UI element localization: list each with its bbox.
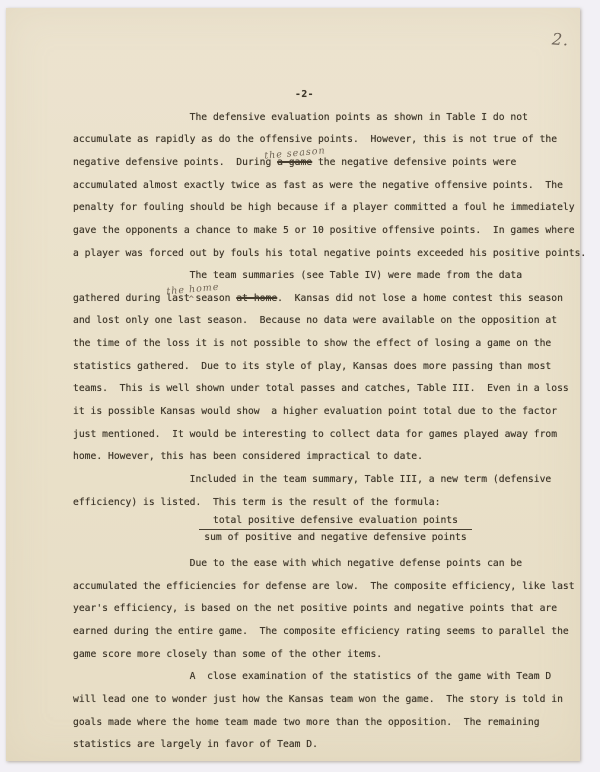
typed-line: year's efficiency, is based on the net p… xyxy=(73,598,580,621)
typed-line: the time of the loss it is not possible … xyxy=(73,333,580,356)
paragraph: The team summaries (see Table IV) were m… xyxy=(73,265,580,469)
typed-text: and lost only one last season. Because n… xyxy=(73,315,557,326)
typed-text: will lead one to wonder just how the Kan… xyxy=(73,694,563,705)
typed-line: gathered during last the homeseason at h… xyxy=(73,288,580,311)
typed-line: penalty for fouling should be high becau… xyxy=(73,197,580,220)
typed-line: Due to the ease with which negative defe… xyxy=(73,553,580,576)
typed-line: home. However, this has been considered … xyxy=(73,446,580,469)
typed-text: The defensive evaluation points as shown… xyxy=(73,112,528,123)
typed-text: the time of the loss it is not possible … xyxy=(73,338,551,349)
typed-text: efficiency) is listed. This term is the … xyxy=(73,497,440,508)
typed-line: statistics are largely in favor of Team … xyxy=(73,734,580,757)
typed-text: Due to the ease with which negative defe… xyxy=(73,558,522,569)
page-header: -2- xyxy=(295,84,580,107)
typed-line: A close examination of the statistics of… xyxy=(73,666,580,689)
paragraph: Included in the team summary, Table III,… xyxy=(73,469,580,514)
typed-text: negative defensive points. During xyxy=(73,157,277,168)
typed-line: teams. This is well shown under total pa… xyxy=(73,378,580,401)
typed-text: goals made where the home team made two … xyxy=(73,717,540,728)
typed-line: it is possible Kansas would show a highe… xyxy=(73,401,580,424)
typed-text: earned during the entire game. The compo… xyxy=(73,626,569,637)
paragraph: The defensive evaluation points as shown… xyxy=(73,107,580,265)
typed-text: accumulated the efficiencies for defense… xyxy=(73,581,575,592)
typed-text: the negative defensive points were xyxy=(312,157,516,168)
typed-text: Included in the team summary, Table III,… xyxy=(73,474,551,485)
typed-line: earned during the entire game. The compo… xyxy=(73,621,580,644)
struck-text: a gamethe season xyxy=(277,157,312,168)
paragraph: Due to the ease with which negative defe… xyxy=(73,553,580,666)
typed-body: -2- The defensive evaluation points as s… xyxy=(6,8,580,757)
typed-line: Included in the team summary, Table III,… xyxy=(73,469,580,492)
typed-text: accumulated almost exactly twice as fast… xyxy=(73,180,563,191)
typed-text: it is possible Kansas would show a highe… xyxy=(73,406,557,417)
typed-text: statistics gathered. Due to its style of… xyxy=(73,361,551,372)
typed-line: The defensive evaluation points as shown… xyxy=(73,107,580,130)
typed-text: statistics are largely in favor of Team … xyxy=(73,739,318,750)
typed-text: penalty for fouling should be high becau… xyxy=(73,202,575,213)
typed-text: teams. This is well shown under total pa… xyxy=(73,383,569,394)
typed-line: statistics gathered. Due to its style of… xyxy=(73,356,580,379)
typed-line: The team summaries (see Table IV) were m… xyxy=(73,265,580,288)
typed-line: a player was forced out by fouls his tot… xyxy=(73,243,580,266)
typed-line: will lead one to wonder just how the Kan… xyxy=(73,689,580,712)
typed-text: year's efficiency, is based on the net p… xyxy=(73,603,557,614)
typed-line: and lost only one last season. Because n… xyxy=(73,310,580,333)
typed-text: accumulate as rapidly as do the offensiv… xyxy=(73,134,557,145)
typed-line: just mentioned. It would be interesting … xyxy=(73,424,580,447)
scanned-page: 2. -2- The defensive evaluation points a… xyxy=(6,8,580,761)
insertion-caret: the home xyxy=(190,293,196,304)
typed-text: gave the opponents a chance to make 5 or… xyxy=(73,225,575,236)
typed-text: just mentioned. It would be interesting … xyxy=(73,429,557,440)
formula-numerator: total positive defensive evaluation poin… xyxy=(199,514,472,530)
typed-line: efficiency) is listed. This term is the … xyxy=(73,492,580,515)
typed-line: goals made where the home team made two … xyxy=(73,712,580,735)
typed-line: gave the opponents a chance to make 5 or… xyxy=(73,220,580,243)
formula-denominator: sum of positive and negative defensive p… xyxy=(87,530,584,545)
typed-line: negative defensive points. During a game… xyxy=(73,152,580,175)
typed-text: game score more closely than some of the… xyxy=(73,649,382,660)
typed-line: accumulated the efficiencies for defense… xyxy=(73,576,580,599)
typed-line: accumulated almost exactly twice as fast… xyxy=(73,175,580,198)
typed-text: a player was forced out by fouls his tot… xyxy=(73,248,586,259)
typed-line: accumulate as rapidly as do the offensiv… xyxy=(73,129,580,152)
typed-text: home. However, this has been considered … xyxy=(73,451,423,462)
paragraph: A close examination of the statistics of… xyxy=(73,666,580,757)
typed-line: game score more closely than some of the… xyxy=(73,644,580,667)
typed-text: season xyxy=(196,293,237,304)
struck-text: at home xyxy=(236,293,277,304)
defensive-efficiency-formula: total positive defensive evaluation poin… xyxy=(87,514,584,544)
typed-text: . Kansas did not lose a home contest thi… xyxy=(277,293,563,304)
typed-text: A close examination of the statistics of… xyxy=(73,671,551,682)
typed-text: The team summaries (see Table IV) were m… xyxy=(73,270,522,281)
